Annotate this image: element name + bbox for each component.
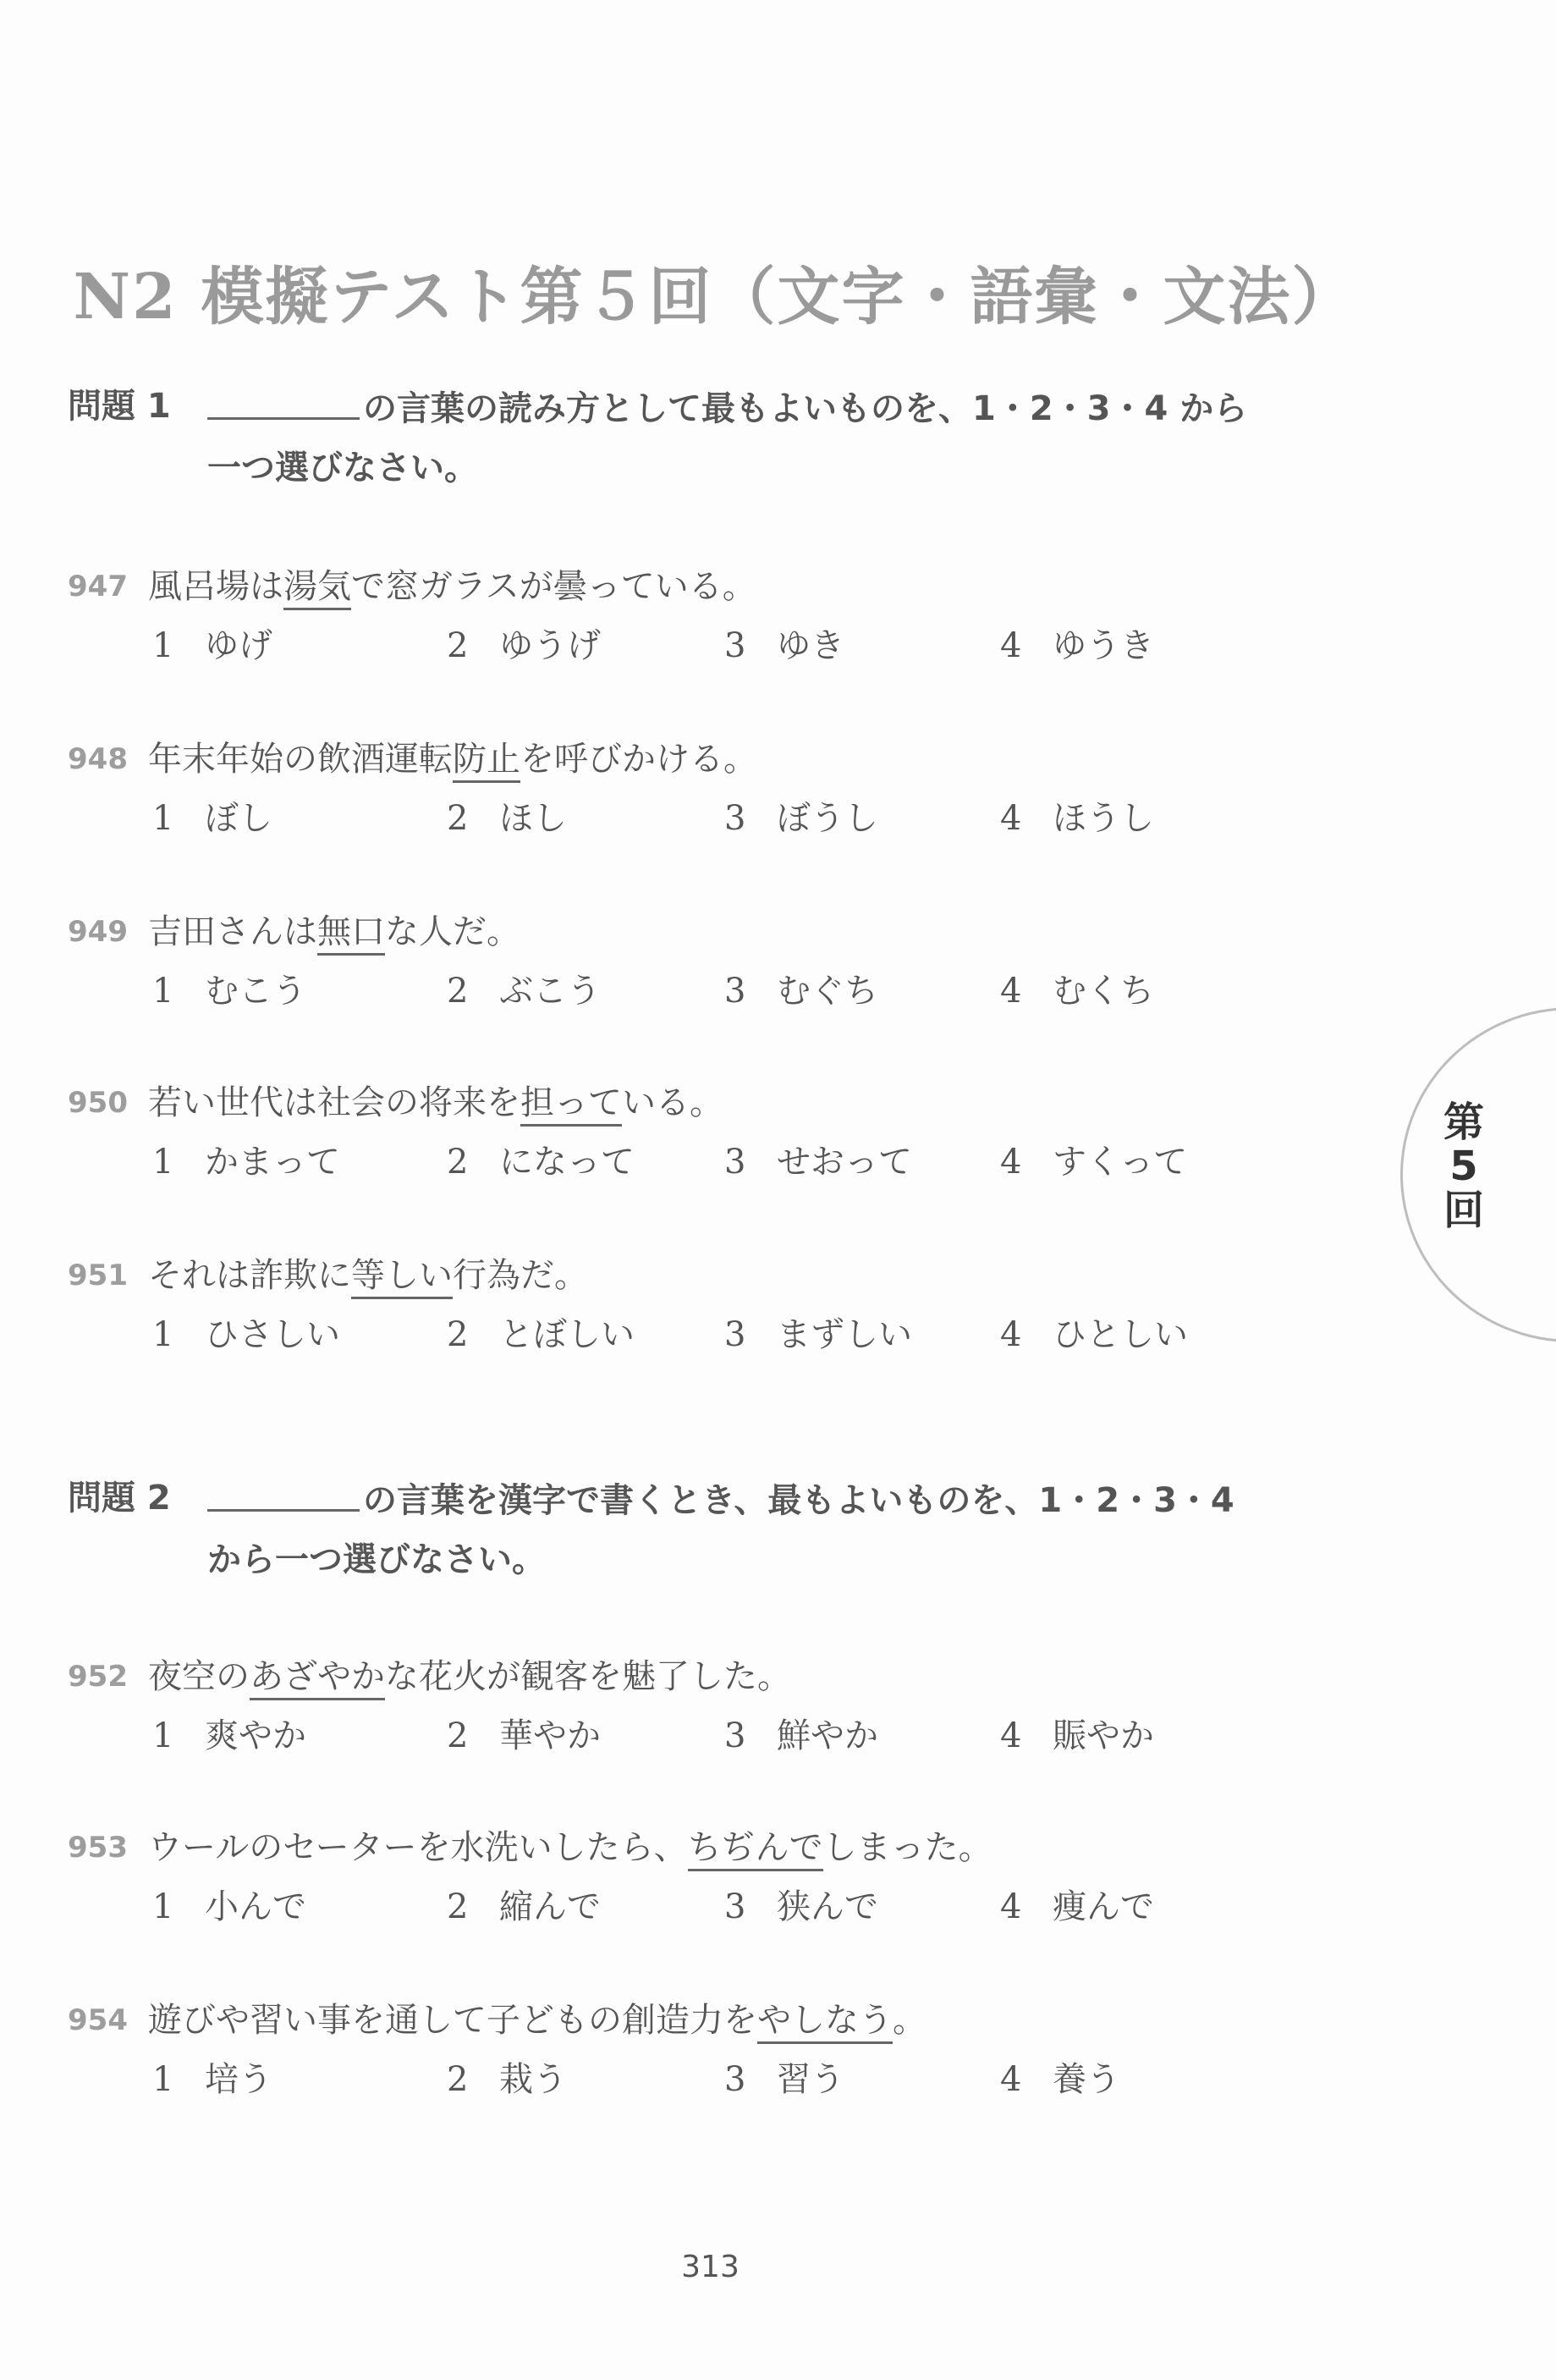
question-text: 風呂場は湯気で窓ガラスが曇っている。	[148, 557, 756, 616]
underlined-word: 無口	[317, 912, 385, 956]
option-3[interactable]: 3鮮やか	[724, 1706, 878, 1766]
option-1[interactable]: 1爽やか	[152, 1706, 306, 1766]
answer-options: 1むこう 2ぶこう 3むぐち 4むくち	[68, 961, 1337, 1021]
option-1[interactable]: 1かまって	[152, 1132, 340, 1192]
option-1[interactable]: 1ひさしい	[152, 1305, 340, 1364]
chapter-tab-label: 第 5 回	[1438, 1100, 1489, 1232]
section-instruction: の言葉の読み方として最もよいものを、1・2・3・4 から 一つ選びなさい。	[207, 379, 1409, 498]
question-text: 吉田さんは無口な人だ。	[148, 902, 520, 961]
option-1[interactable]: 1ゆげ	[152, 616, 272, 675]
blank-underline	[207, 1479, 360, 1512]
option-2[interactable]: 2ほし	[447, 789, 567, 848]
question-number: 952	[68, 1647, 128, 1706]
answer-options: 1培う 2栽う 3習う 4養う	[68, 2050, 1337, 2109]
question-text: 年末年始の飲酒運転防止を呼びかける。	[148, 730, 757, 789]
option-2[interactable]: 2華やか	[447, 1706, 601, 1766]
option-3[interactable]: 3まずしい	[724, 1305, 912, 1364]
option-1[interactable]: 1培う	[152, 2050, 272, 2109]
question-text: ウールのセーターを水洗いしたら、ちぢんでしまった。	[148, 1818, 992, 1877]
option-1[interactable]: 1むこう	[152, 961, 306, 1021]
option-3[interactable]: 3狭んで	[724, 1877, 878, 1937]
option-2[interactable]: 2縮んで	[447, 1877, 601, 1937]
page-number: 313	[0, 2250, 1556, 2284]
answer-options: 1ひさしい 2とぼしい 3まずしい 4ひとしい	[68, 1305, 1337, 1364]
option-4[interactable]: 4ゆうき	[1000, 616, 1154, 675]
option-2[interactable]: 2ゆうげ	[447, 616, 601, 675]
underlined-word: 湯気	[283, 567, 351, 610]
underlined-word: 等しい	[351, 1256, 453, 1299]
underlined-word: 担って	[520, 1083, 622, 1127]
question-number: 949	[68, 902, 128, 961]
option-3[interactable]: 3ゆき	[724, 616, 844, 675]
option-2[interactable]: 2とぼしい	[447, 1305, 635, 1364]
question-number: 948	[68, 730, 128, 789]
underlined-word: 防止	[453, 740, 520, 783]
option-4[interactable]: 4養う	[1000, 2050, 1120, 2109]
question-954: 954 遊びや習い事を通して子どもの創造力をやしなう。 1培う 2栽う 3習う …	[68, 1991, 1337, 2109]
question-953: 953 ウールのセーターを水洗いしたら、ちぢんでしまった。 1小んで 2縮んで …	[68, 1818, 1337, 1937]
question-text: 夜空のあざやかな花火が観客を魅了した。	[148, 1647, 791, 1706]
option-2[interactable]: 2ぶこう	[447, 961, 601, 1021]
option-4[interactable]: 4すくって	[1000, 1132, 1187, 1192]
option-4[interactable]: 4むくち	[1000, 961, 1154, 1021]
blank-underline	[207, 387, 360, 420]
option-2[interactable]: 2栽う	[447, 2050, 567, 2109]
question-number: 951	[68, 1246, 128, 1305]
question-text: 若い世代は社会の将来を担っている。	[148, 1073, 723, 1132]
question-number: 953	[68, 1818, 128, 1877]
question-number: 950	[68, 1073, 128, 1132]
question-951: 951 それは詐欺に等しい行為だ。 1ひさしい 2とぼしい 3まずしい 4ひとし…	[68, 1246, 1337, 1364]
question-text: それは詐欺に等しい行為だ。	[148, 1246, 588, 1305]
option-3[interactable]: 3せおって	[724, 1132, 912, 1192]
underlined-word: あざやか	[250, 1657, 385, 1700]
question-950: 950 若い世代は社会の将来を担っている。 1かまって 2になって 3せおって …	[68, 1073, 1337, 1192]
option-3[interactable]: 3ぼうし	[724, 789, 878, 848]
question-947: 947 風呂場は湯気で窓ガラスが曇っている。 1ゆげ 2ゆうげ 3ゆき 4ゆうき	[68, 557, 1337, 675]
answer-options: 1爽やか 2華やか 3鮮やか 4賑やか	[68, 1706, 1337, 1766]
option-4[interactable]: 4痩んで	[1000, 1877, 1154, 1937]
question-952: 952 夜空のあざやかな花火が観客を魅了した。 1爽やか 2華やか 3鮮やか 4…	[68, 1647, 1337, 1766]
underlined-word: ちぢんで	[688, 1828, 823, 1871]
question-text: 遊びや習い事を通して子どもの創造力をやしなう。	[148, 1991, 926, 2050]
underlined-word: やしなう	[757, 2001, 893, 2044]
answer-options: 1ゆげ 2ゆうげ 3ゆき 4ゆうき	[68, 616, 1337, 675]
section-label: 問題 2	[68, 1471, 171, 1519]
section-instruction: の言葉を漢字で書くとき、最もよいものを、1・2・3・4 から一つ選びなさい。	[207, 1471, 1409, 1589]
option-4[interactable]: 4ほうし	[1000, 789, 1154, 848]
answer-options: 1かまって 2になって 3せおって 4すくって	[68, 1132, 1337, 1192]
question-948: 948 年末年始の飲酒運転防止を呼びかける。 1ぼし 2ほし 3ぼうし 4ほうし	[68, 730, 1337, 848]
question-number: 954	[68, 1991, 128, 2050]
option-1[interactable]: 1ぼし	[152, 789, 272, 848]
question-949: 949 吉田さんは無口な人だ。 1むこう 2ぶこう 3むぐち 4むくち	[68, 902, 1337, 1021]
option-4[interactable]: 4ひとしい	[1000, 1305, 1188, 1364]
option-2[interactable]: 2になって	[447, 1132, 635, 1192]
section-label: 問題 1	[68, 379, 171, 427]
option-1[interactable]: 1小んで	[152, 1877, 306, 1937]
answer-options: 1小んで 2縮んで 3狭んで 4痩んで	[68, 1877, 1337, 1937]
page-title: N2 模擬テスト第５回（文字・語彙・文法）	[0, 247, 1556, 337]
option-4[interactable]: 4賑やか	[1000, 1706, 1154, 1766]
question-number: 947	[68, 557, 128, 616]
option-3[interactable]: 3習う	[724, 2050, 844, 2109]
option-3[interactable]: 3むぐち	[724, 961, 878, 1021]
page-title-text: N2 模擬テスト第５回（文字・語彙・文法）	[74, 247, 1356, 337]
answer-options: 1ぼし 2ほし 3ぼうし 4ほうし	[68, 789, 1337, 848]
